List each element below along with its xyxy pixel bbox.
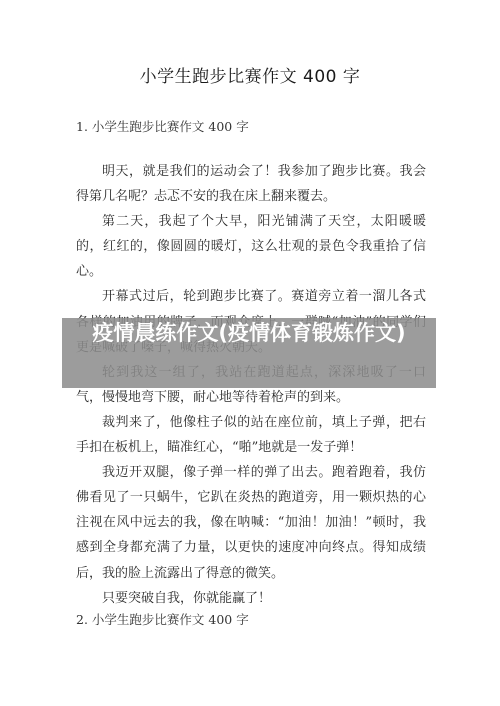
paragraph: 裁判来了，他像柱子似的站在座位前，填上子弹，把右手扣在板机上，瞄准红心，“啪”地… bbox=[76, 410, 426, 460]
paragraph: 我迈开双腿，像子弹一样的弹了出去。跑着跑着，我仿佛看见了一只蜗牛，它趴在炎热的跑… bbox=[76, 460, 426, 585]
title-overlay-banner: 疫情晨练作文(疫情体育锻炼作文) bbox=[62, 318, 436, 388]
section-heading-2: 2. 小学生跑步比赛作文 400 字 bbox=[76, 610, 249, 628]
paragraph: 只要突破自我，你就能赢了！ bbox=[76, 586, 426, 611]
overlay-title: 疫情晨练作文(疫情体育锻炼作文) bbox=[69, 320, 429, 346]
section-heading-1: 1. 小学生跑步比赛作文 400 字 bbox=[76, 117, 249, 135]
paragraph: 明天，就是我们的运动会了！我参加了跑步比赛。我会得第几名呢？忐忑不安的我在床上翻… bbox=[76, 159, 426, 209]
paragraph: 第二天，我起了个大早，阳光铺满了天空，太阳暖暖的，红红的，像圆圆的暖灯，这么壮观… bbox=[76, 209, 426, 284]
document-title: 小学生跑步比赛作文 400 字 bbox=[0, 62, 500, 87]
